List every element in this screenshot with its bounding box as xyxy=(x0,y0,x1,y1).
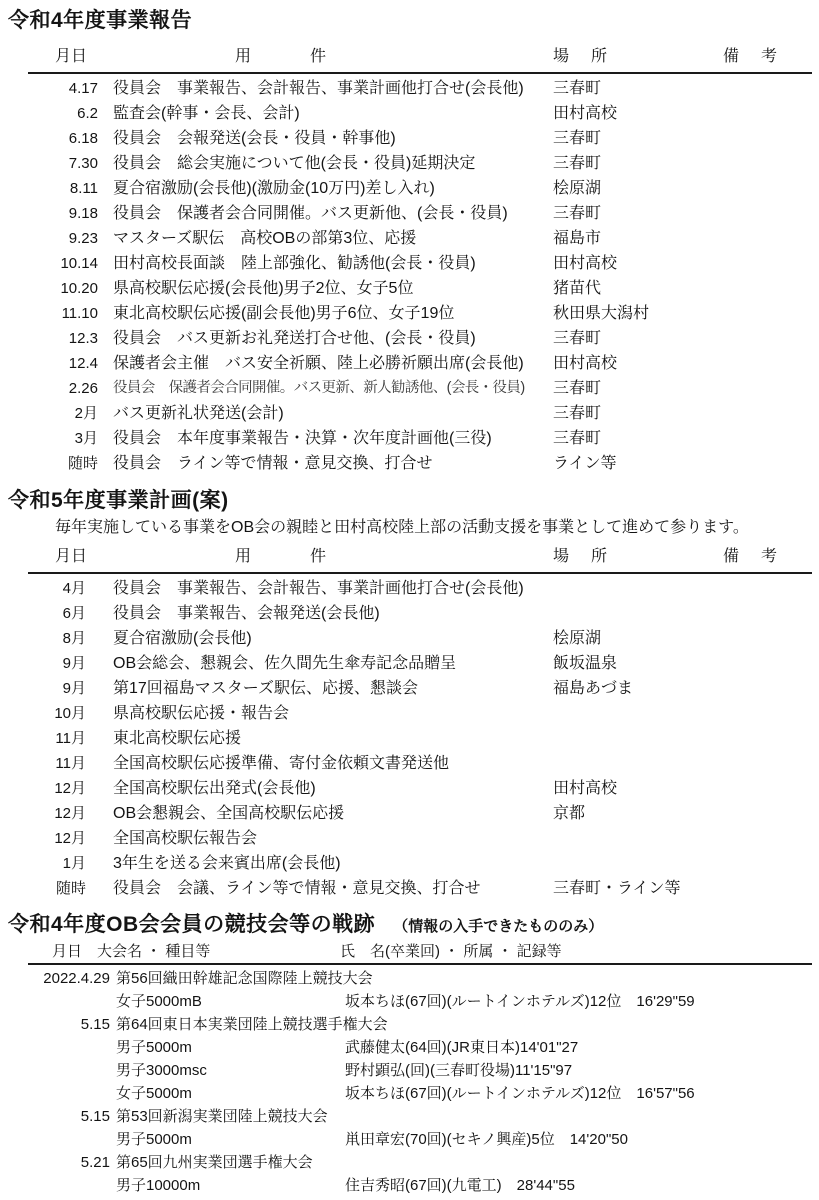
event-cell: 女子5000m xyxy=(116,1082,192,1105)
plan-row: 8月 夏合宿激励(会長他) 桧原湖 xyxy=(0,626,819,651)
report-row: 8.11 夏合宿激励(会長他)(激励金(10万円)差し入れ) 桧原湖 xyxy=(0,176,819,201)
result-row: 5.21 第65回九州実業団選手権大会 xyxy=(0,1151,819,1174)
section-fy4-business-report: 令和4年度事業報告 月日 用 件 場 所 備 考 4.17 役員会 事業報告、会… xyxy=(0,8,819,476)
matter-cell: 夏合宿激励(会長他)(激励金(10万円)差し入れ) xyxy=(113,176,435,201)
athlete-record-cell: 坂本ちほ(67回)(ルートインホテルズ)12位 16'29"59 xyxy=(345,990,695,1013)
matter-cell: 役員会 ライン等で情報・意見交換、打合せ xyxy=(113,451,433,476)
result-row: 2022.4.29 第56回織田幹雄記念国際陸上競技大会 xyxy=(0,967,819,990)
date-cell: 3月 xyxy=(40,426,98,451)
date-cell: 12月 xyxy=(28,801,86,826)
date-cell: 7.30 xyxy=(40,151,98,176)
matter-cell: 夏合宿激励(会長他) xyxy=(113,626,252,651)
matter-cell: 県高校駅伝応援・報告会 xyxy=(113,701,289,726)
place-cell: 三春町 xyxy=(553,76,601,101)
column-header-date-meet-event: 月日 大会名 ・ 種目等 xyxy=(52,943,210,961)
date-cell: 12月 xyxy=(28,776,86,801)
result-row: 男子5000m 鼡田章宏(70回)(セキノ興産)5位 14'20"50 xyxy=(0,1128,819,1151)
date-cell: 11月 xyxy=(28,751,86,776)
result-row: 男子5000m 武藤健太(64回)(JR東日本)14'01"27 xyxy=(0,1036,819,1059)
athlete-record-cell: 野村顕弘(回)(三春町役場)11'15"97 xyxy=(345,1059,572,1082)
section3-subtitle: （情報の入手できたもののみ） xyxy=(393,915,603,936)
section1-title: 令和4年度事業報告 xyxy=(8,8,819,34)
report-row: 9.18 役員会 保護者会合同開催。バス更新他、(会長・役員) 三春町 xyxy=(0,201,819,226)
matter-cell: 役員会 総会実施について他(会長・役員)延期決定 xyxy=(113,151,475,176)
section3-rows: 2022.4.29 第56回織田幹雄記念国際陸上競技大会 女子5000mB 坂本… xyxy=(0,967,819,1197)
date-cell: 10月 xyxy=(28,701,86,726)
date-cell: 6月 xyxy=(28,601,86,626)
result-row: 女子5000m 坂本ちほ(67回)(ルートインホテルズ)12位 16'57"56 xyxy=(0,1082,819,1105)
matter-cell: 3年生を送る会来賓出席(会長他) xyxy=(113,851,341,876)
section1-column-headers: 月日 用 件 場 所 備 考 xyxy=(0,44,819,70)
report-row: 2月 バス更新礼状発送(会計) 三春町 xyxy=(0,401,819,426)
plan-row: 9月 OB会総会、懇親会、佐久間先生傘寿記念品贈呈 飯坂温泉 xyxy=(0,651,819,676)
place-cell: 田村高校 xyxy=(553,351,617,376)
place-cell: 三春町 xyxy=(553,426,601,451)
place-cell: 三春町 xyxy=(553,401,601,426)
section3-column-headers: 月日 大会名 ・ 種目等 氏 名(卒業回) ・ 所属 ・ 記録等 xyxy=(0,943,819,961)
section2-column-headers: 月日 用 件 場 所 備 考 xyxy=(0,544,819,570)
column-header-place-1: 場 xyxy=(553,44,569,70)
plan-row: 9月 第17回福島マスターズ駅伝、応援、懇談会 福島あづま xyxy=(0,676,819,701)
date-cell: 12.3 xyxy=(40,326,98,351)
result-row: 5.15 第64回東日本実業団陸上競技選手権大会 xyxy=(0,1013,819,1036)
column-header-place-2: 所 xyxy=(591,544,607,570)
place-cell: 飯坂温泉 xyxy=(553,651,617,676)
section2-intro: 毎年実施している事業をOB会の親睦と田村高校陸上部の活動支援を事業として進めて参… xyxy=(55,518,819,538)
athlete-record-cell: 武藤健太(64回)(JR東日本)14'01"27 xyxy=(345,1036,578,1059)
date-cell: 8.11 xyxy=(40,176,98,201)
report-row: 10.20 県高校駅伝応援(会長他)男子2位、女子5位 猪苗代 xyxy=(0,276,819,301)
matter-cell: マスターズ駅伝 高校OBの部第3位、応援 xyxy=(113,226,416,251)
date-cell: 1月 xyxy=(28,851,86,876)
date-cell: 4.17 xyxy=(40,76,98,101)
report-row: 12.3 役員会 バス更新お礼発送打合せ他、(会長・役員) 三春町 xyxy=(0,326,819,351)
matter-cell: 東北高校駅伝応援 xyxy=(113,726,241,751)
column-header-matter-2: 件 xyxy=(310,44,326,70)
matter-cell: 東北高校駅伝応援(副会長他)男子6位、女子19位 xyxy=(113,301,454,326)
plan-row: 12月 全国高校駅伝報告会 xyxy=(0,826,819,851)
place-cell: 三春町 xyxy=(553,376,601,401)
date-cell: 6.18 xyxy=(40,126,98,151)
column-header-matter-1: 用 xyxy=(235,44,251,70)
place-cell: 三春町 xyxy=(553,326,601,351)
header-rule xyxy=(28,72,812,74)
column-header-place-2: 所 xyxy=(591,44,607,70)
matter-cell: 保護者会主催 バス安全祈願、陸上必勝祈願出席(会長他) xyxy=(113,351,524,376)
matter-cell: OB会懇親会、全国高校駅伝応援 xyxy=(113,801,344,826)
report-row: 6.2 監査会(幹事・会長、会計) 田村高校 xyxy=(0,101,819,126)
place-cell: 福島市 xyxy=(553,226,601,251)
plan-row: 随時 役員会 会議、ライン等で情報・意見交換、打合せ 三春町・ライン等 xyxy=(0,876,819,901)
column-header-place-1: 場 xyxy=(553,544,569,570)
column-header-note-1: 備 xyxy=(723,44,739,70)
place-cell: ライン等 xyxy=(553,451,617,476)
event-cell: 男子5000m xyxy=(116,1128,192,1151)
date-cell: 5.15 xyxy=(28,1013,110,1036)
event-cell: 男子5000m xyxy=(116,1036,192,1059)
date-cell: 9.18 xyxy=(40,201,98,226)
plan-row: 12月 OB会懇親会、全国高校駅伝応援 京都 xyxy=(0,801,819,826)
matter-cell: 役員会 会議、ライン等で情報・意見交換、打合せ xyxy=(113,876,481,901)
date-cell: 9.23 xyxy=(40,226,98,251)
meet-name-cell: 第56回織田幹雄記念国際陸上競技大会 xyxy=(116,967,373,990)
matter-cell: 役員会 バス更新お礼発送打合せ他、(会長・役員) xyxy=(113,326,476,351)
date-cell: 12.4 xyxy=(40,351,98,376)
date-cell: 5.21 xyxy=(28,1151,110,1174)
report-row: 7.30 役員会 総会実施について他(会長・役員)延期決定 三春町 xyxy=(0,151,819,176)
place-cell: 猪苗代 xyxy=(553,276,601,301)
date-cell: 随時 xyxy=(40,451,98,476)
place-cell: 秋田県大潟村 xyxy=(553,301,649,326)
section1-rows: 4.17 役員会 事業報告、会計報告、事業計画他打合せ(会長他) 三春町 6.2… xyxy=(0,76,819,476)
matter-cell: OB会総会、懇親会、佐久間先生傘寿記念品贈呈 xyxy=(113,651,456,676)
matter-cell: 役員会 会報発送(会長・役員・幹事他) xyxy=(113,126,396,151)
column-header-name-affiliation-record: 氏 名(卒業回) ・ 所属 ・ 記録等 xyxy=(340,943,562,961)
report-row: 12.4 保護者会主催 バス安全祈願、陸上必勝祈願出席(会長他) 田村高校 xyxy=(0,351,819,376)
matter-cell: 役員会 保護者会合同開催。バス更新、新人勧誘他、(会長・役員) xyxy=(113,376,525,401)
date-cell: 2月 xyxy=(40,401,98,426)
section2-rows: 4月 役員会 事業報告、会計報告、事業計画他打合せ(会長他) 6月 役員会 事業… xyxy=(0,576,819,901)
report-row: 4.17 役員会 事業報告、会計報告、事業計画他打合せ(会長他) 三春町 xyxy=(0,76,819,101)
header-rule xyxy=(28,963,812,965)
date-cell: 9月 xyxy=(28,676,86,701)
athlete-record-cell: 鼡田章宏(70回)(セキノ興産)5位 14'20"50 xyxy=(345,1128,628,1151)
date-cell: 10.14 xyxy=(40,251,98,276)
date-cell: 8月 xyxy=(28,626,86,651)
place-cell: 田村高校 xyxy=(553,251,617,276)
meet-name-cell: 第65回九州実業団選手権大会 xyxy=(116,1151,313,1174)
plan-row: 12月 全国高校駅伝出発式(会長他) 田村高校 xyxy=(0,776,819,801)
matter-cell: 全国高校駅伝出発式(会長他) xyxy=(113,776,316,801)
column-header-matter-1: 用 xyxy=(235,544,251,570)
plan-row: 4月 役員会 事業報告、会計報告、事業計画他打合せ(会長他) xyxy=(0,576,819,601)
date-cell: 随時 xyxy=(28,876,86,901)
matter-cell: 役員会 本年度事業報告・決算・次年度計画他(三役) xyxy=(113,426,492,451)
column-header-note-2: 考 xyxy=(761,44,777,70)
report-row: 9.23 マスターズ駅伝 高校OBの部第3位、応援 福島市 xyxy=(0,226,819,251)
report-row: 随時 役員会 ライン等で情報・意見交換、打合せ ライン等 xyxy=(0,451,819,476)
date-cell: 10.20 xyxy=(40,276,98,301)
result-row: 男子3000msc 野村顕弘(回)(三春町役場)11'15"97 xyxy=(0,1059,819,1082)
plan-row: 1月 3年生を送る会来賓出席(会長他) xyxy=(0,851,819,876)
date-cell: 11.10 xyxy=(40,301,98,326)
report-row: 3月 役員会 本年度事業報告・決算・次年度計画他(三役) 三春町 xyxy=(0,426,819,451)
date-cell: 2022.4.29 xyxy=(28,967,110,990)
event-cell: 男子3000msc xyxy=(116,1059,207,1082)
place-cell: 三春町 xyxy=(553,126,601,151)
date-cell: 12月 xyxy=(28,826,86,851)
header-rule xyxy=(28,572,812,574)
place-cell: 田村高校 xyxy=(553,101,617,126)
report-row: 6.18 役員会 会報発送(会長・役員・幹事他) 三春町 xyxy=(0,126,819,151)
column-header-note-2: 考 xyxy=(761,544,777,570)
place-cell: 田村高校 xyxy=(553,776,617,801)
matter-cell: 田村高校長面談 陸上部強化、勧誘他(会長・役員) xyxy=(113,251,476,276)
matter-cell: 県高校駅伝応援(会長他)男子2位、女子5位 xyxy=(113,276,413,301)
report-row: 11.10 東北高校駅伝応援(副会長他)男子6位、女子19位 秋田県大潟村 xyxy=(0,301,819,326)
place-cell: 三春町 xyxy=(553,201,601,226)
report-row: 2.26 役員会 保護者会合同開催。バス更新、新人勧誘他、(会長・役員) 三春町 xyxy=(0,376,819,401)
plan-row: 6月 役員会 事業報告、会報発送(会長他) xyxy=(0,601,819,626)
column-header-date: 月日 xyxy=(55,544,87,570)
place-cell: 京都 xyxy=(553,801,585,826)
date-cell: 9月 xyxy=(28,651,86,676)
place-cell: 三春町 xyxy=(553,151,601,176)
section3-title: 令和4年度OB会会員の競技会等の戦跡 xyxy=(8,912,375,938)
matter-cell: 役員会 保護者会合同開催。バス更新他、(会長・役員) xyxy=(113,201,508,226)
date-cell: 6.2 xyxy=(40,101,98,126)
athlete-record-cell: 坂本ちほ(67回)(ルートインホテルズ)12位 16'57"56 xyxy=(345,1082,695,1105)
result-row: 男子10000m 住吉秀昭(67回)(九電工) 28'44"55 xyxy=(0,1174,819,1197)
matter-cell: 役員会 事業報告、会計報告、事業計画他打合せ(会長他) xyxy=(113,576,524,601)
event-cell: 女子5000mB xyxy=(116,990,202,1013)
athlete-record-cell: 住吉秀昭(67回)(九電工) 28'44"55 xyxy=(345,1174,575,1197)
document-page: 令和4年度事業報告 月日 用 件 場 所 備 考 4.17 役員会 事業報告、会… xyxy=(0,0,819,1200)
section-ob-competition-results: 令和4年度OB会会員の競技会等の戦跡 （情報の入手できたもののみ） 月日 大会名… xyxy=(0,912,819,1197)
meet-name-cell: 第53回新潟実業団陸上競技大会 xyxy=(116,1105,328,1128)
place-cell: 桧原湖 xyxy=(553,626,601,651)
plan-row: 11月 全国高校駅伝応援準備、寄付金依頼文書発送他 xyxy=(0,751,819,776)
matter-cell: バス更新礼状発送(会計) xyxy=(113,401,284,426)
section3-title-row: 令和4年度OB会会員の競技会等の戦跡 （情報の入手できたもののみ） xyxy=(0,912,819,940)
meet-name-cell: 第64回東日本実業団陸上競技選手権大会 xyxy=(116,1013,388,1036)
report-row: 10.14 田村高校長面談 陸上部強化、勧誘他(会長・役員) 田村高校 xyxy=(0,251,819,276)
place-cell: 桧原湖 xyxy=(553,176,601,201)
matter-cell: 全国高校駅伝報告会 xyxy=(113,826,257,851)
plan-row: 10月 県高校駅伝応援・報告会 xyxy=(0,701,819,726)
date-cell: 2.26 xyxy=(40,376,98,401)
section2-title: 令和5年度事業計画(案) xyxy=(8,488,819,514)
place-cell: 福島あづま xyxy=(553,676,633,701)
matter-cell: 全国高校駅伝応援準備、寄付金依頼文書発送他 xyxy=(113,751,449,776)
matter-cell: 第17回福島マスターズ駅伝、応援、懇談会 xyxy=(113,676,418,701)
date-cell: 4月 xyxy=(28,576,86,601)
plan-row: 11月 東北高校駅伝応援 xyxy=(0,726,819,751)
event-cell: 男子10000m xyxy=(116,1174,200,1197)
column-header-note-1: 備 xyxy=(723,544,739,570)
result-row: 女子5000mB 坂本ちほ(67回)(ルートインホテルズ)12位 16'29"5… xyxy=(0,990,819,1013)
date-cell: 5.15 xyxy=(28,1105,110,1128)
column-header-date: 月日 xyxy=(55,44,87,70)
place-cell: 三春町・ライン等 xyxy=(553,876,681,901)
matter-cell: 役員会 事業報告、会報発送(会長他) xyxy=(113,601,380,626)
matter-cell: 役員会 事業報告、会計報告、事業計画他打合せ(会長他) xyxy=(113,76,524,101)
matter-cell: 監査会(幹事・会長、会計) xyxy=(113,101,300,126)
result-row: 5.15 第53回新潟実業団陸上競技大会 xyxy=(0,1105,819,1128)
column-header-matter-2: 件 xyxy=(310,544,326,570)
section-fy5-business-plan: 令和5年度事業計画(案) 毎年実施している事業をOB会の親睦と田村高校陸上部の活… xyxy=(0,488,819,901)
date-cell: 11月 xyxy=(28,726,86,751)
